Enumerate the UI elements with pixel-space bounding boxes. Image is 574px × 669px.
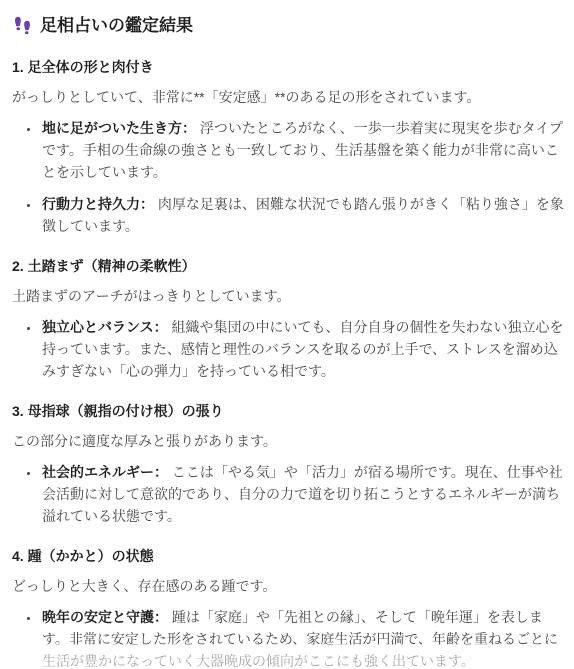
bullet-label: 地に足がついた生き方：: [42, 120, 196, 136]
bullet-item: 独立心とバランス： 組織や集団の中にいても、自分自身の個性を失わない独立心を持っ…: [40, 316, 564, 382]
section-intro: どっしりと大きく、存在感のある踵です。: [12, 575, 564, 597]
section-arch: 2. 土踏まず（精神の柔軟性） 土踏まずのアーチがはっきりとしています。 独立心…: [12, 257, 564, 382]
page-title-text: 足相占いの鑑定結果: [40, 14, 193, 38]
section-heading: 1. 足全体の形と肉付き: [12, 58, 564, 76]
bullet-list: 地に足がついた生き方： 浮ついたところがなく、一歩一歩着実に現実を歩むタイプです…: [12, 117, 564, 237]
bullet-list: 晩年の安定と守護： 踵は「家庭」や「先祖との縁」、そして「晩年運」を表します。非…: [12, 606, 564, 669]
bullet-item: 行動力と持久力： 肉厚な足裏は、困難な状況でも踏ん張りがきく「粘り強さ」を象徴し…: [40, 193, 564, 237]
bullet-item: 晩年の安定と守護： 踵は「家庭」や「先祖との縁」、そして「晩年運」を表します。非…: [40, 606, 564, 669]
bullet-item: 地に足がついた生き方： 浮ついたところがなく、一歩一歩着実に現実を歩むタイプです…: [40, 117, 564, 183]
section-intro: この部分に適度な厚みと張りがあります。: [12, 430, 564, 452]
section-intro: 土踏まずのアーチがはっきりとしています。: [12, 285, 564, 307]
bullet-list: 社会的エネルギー： ここは「やる気」や「活力」が宿る場所です。現在、仕事や社会活…: [12, 461, 564, 527]
section-heading: 4. 踵（かかと）の状態: [12, 547, 564, 565]
footprints-icon: [12, 16, 32, 37]
section-intro: がっしりとしていて、非常に**「安定感」**のある足の形をされています。: [12, 86, 564, 108]
section-ball-of-foot: 3. 母指球（親指の付け根）の張り この部分に適度な厚みと張りがあります。 社会…: [12, 402, 564, 527]
section-foot-shape: 1. 足全体の形と肉付き がっしりとしていて、非常に**「安定感」**のある足の…: [12, 58, 564, 237]
section-heading: 3. 母指球（親指の付け根）の張り: [12, 402, 564, 420]
page-title: 足相占いの鑑定結果: [12, 14, 564, 38]
bullet-list: 独立心とバランス： 組織や集団の中にいても、自分自身の個性を失わない独立心を持っ…: [12, 316, 564, 382]
section-heading: 2. 土踏まず（精神の柔軟性）: [12, 257, 564, 275]
bullet-item: 社会的エネルギー： ここは「やる気」や「活力」が宿る場所です。現在、仕事や社会活…: [40, 461, 564, 527]
section-heel: 4. 踵（かかと）の状態 どっしりと大きく、存在感のある踵です。 晩年の安定と守…: [12, 547, 564, 669]
bullet-label: 社会的エネルギー：: [42, 464, 168, 480]
bullet-label: 晩年の安定と守護：: [42, 609, 168, 625]
bullet-label: 行動力と持久力：: [42, 196, 154, 212]
bullet-label: 独立心とバランス：: [42, 319, 168, 335]
